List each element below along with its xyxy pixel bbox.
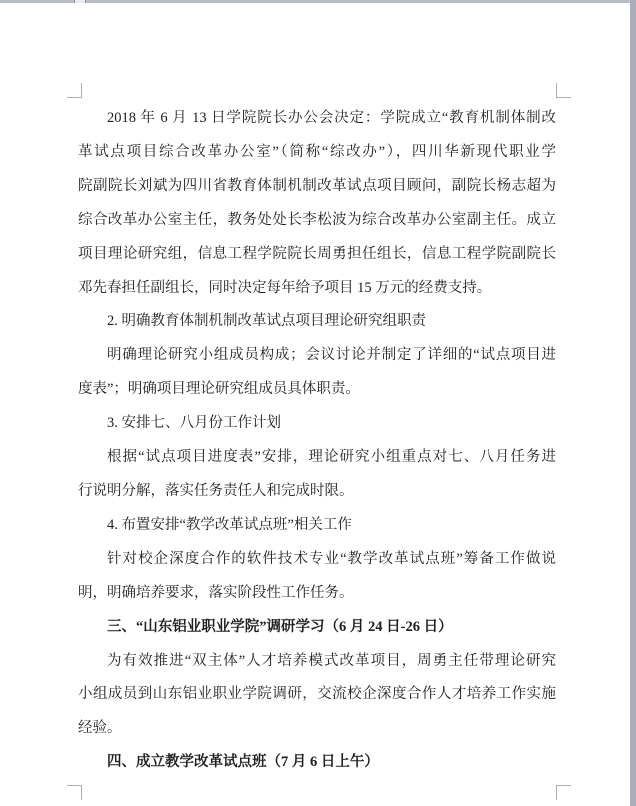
app-edge-top-strip — [0, 0, 636, 3]
text-line: 行说明分解，落实任务责任人和完成时限。 — [78, 475, 556, 509]
text-line: 3. 安排七、八月份工作计划 — [78, 407, 556, 441]
text-line: 经验。 — [78, 712, 556, 746]
text-line: 为有效推进“双主体”人才培养模式改革项目，周勇主任带理论研究 — [78, 645, 556, 679]
text-line: 根据“试点项目进度表”安排，理论研究小组重点对七、八月任务进 — [78, 441, 556, 475]
text-line: 2018 年 6 月 13 日学院院长办公会决定：学院成立“教育机制体制改 — [78, 102, 556, 136]
text-line: 综合改革办公室主任，教务处处长李松波为综合改革办公室副主任。成立 — [78, 204, 556, 238]
text-line: 小组成员到山东铝业职业学院调研，交流校企深度合作人才培养工作实施 — [78, 678, 556, 712]
word-document-view: 2018 年 6 月 13 日学院院长办公会决定：学院成立“教育机制体制改革试点… — [0, 0, 636, 806]
text-boundary-mark-top-left — [67, 83, 82, 98]
document-text-area[interactable]: 2018 年 6 月 13 日学院院长办公会决定：学院成立“教育机制体制改革试点… — [78, 102, 556, 780]
text-line: 针对校企深度合作的软件技术专业“教学改革试点班”筹备工作做说 — [78, 543, 556, 577]
ruler-marker-notch — [74, 0, 86, 3]
text-boundary-mark-bottom-right — [556, 785, 571, 800]
text-line: 四、成立教学改革试点班（7 月 6 日上午） — [78, 746, 556, 780]
text-line: 三、“山东铝业职业学院”调研学习（6 月 24 日-26 日） — [78, 611, 556, 645]
text-line: 度表”；明确项目理论研究组成员具体职责。 — [78, 373, 556, 407]
text-line: 项目理论研究组，信息工程学院院长周勇担任组长，信息工程学院副院长 — [78, 238, 556, 272]
text-line: 4. 布置安排“教学改革试点班”相关工作 — [78, 509, 556, 543]
text-line: 邓先春担任副组长，同时决定每年给予项目 15 万元的经费支持。 — [78, 272, 556, 306]
text-line: 院副院长刘斌为四川省教育体制机制改革试点项目顾问，副院长杨志超为 — [78, 170, 556, 204]
text-line: 明确理论研究小组成员构成；会议讨论并制定了详细的“试点项目进 — [78, 339, 556, 373]
scrollbar-track[interactable] — [630, 0, 636, 806]
text-line: 2. 明确教育体制机制改革试点项目理论研究组职责 — [78, 305, 556, 339]
text-boundary-mark-bottom-left — [67, 785, 82, 800]
text-boundary-mark-top-right — [556, 83, 571, 98]
text-line: 明，明确培养要求，落实阶段性工作任务。 — [78, 577, 556, 611]
text-line: 革试点项目综合改革办公室”（简称“综改办”），四川华新现代职业学 — [78, 136, 556, 170]
